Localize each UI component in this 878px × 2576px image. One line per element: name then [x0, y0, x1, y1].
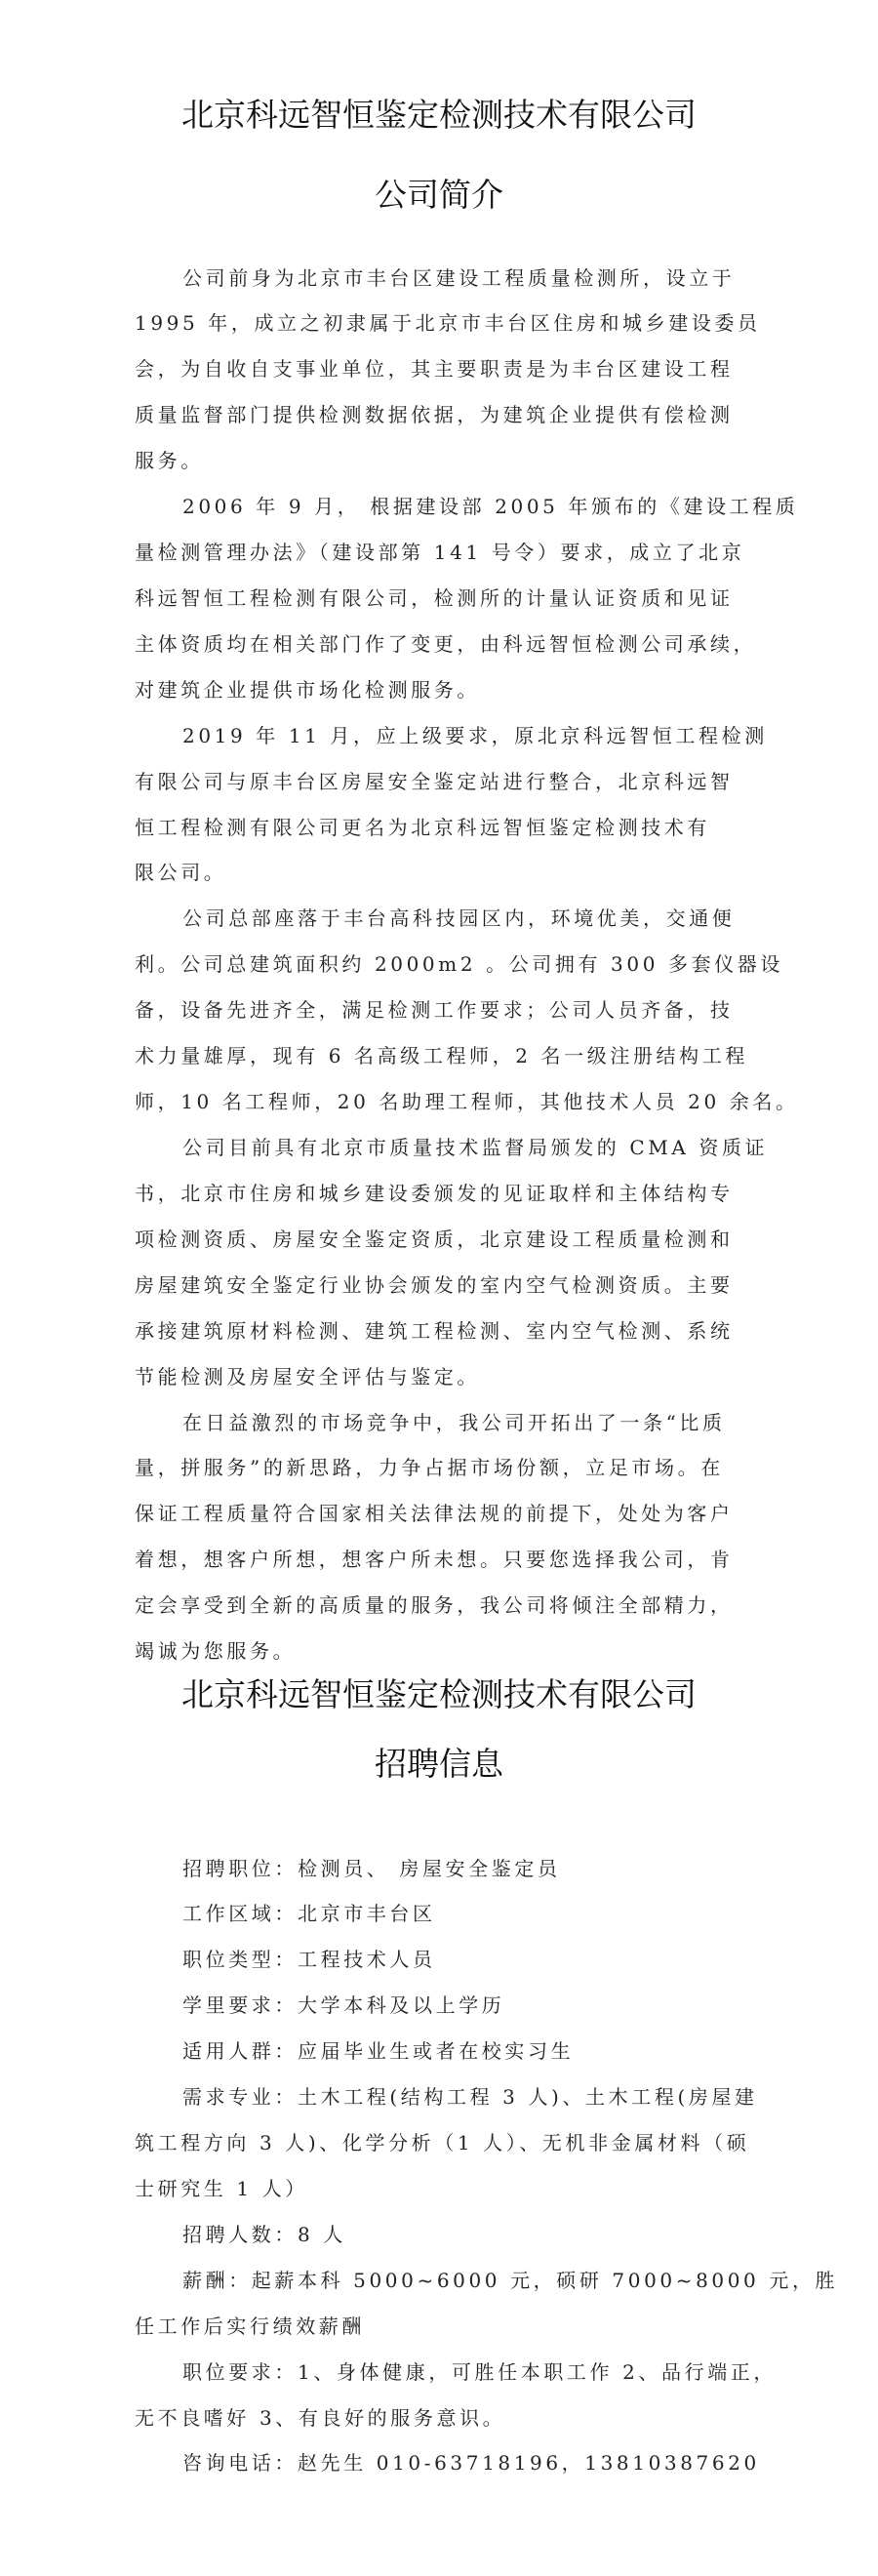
item-contact-phone: 咨询电话：赵先生 010-63718196，13810387620	[135, 2440, 759, 2486]
text-line: 对建筑企业提供市场化检测服务。	[135, 667, 759, 713]
paragraph-service: 在日益激烈的市场竞争中，我公司开拓出了一条“比质 量，拼服务”的新思路，力争占据…	[135, 1400, 759, 1675]
text-line: 主体资质均在相关部门作了变更，由科远智恒检测公司承续，	[135, 622, 759, 667]
text-line: 薪酬：起薪本科 5000~6000 元，硕研 7000~8000 元，胜	[135, 2258, 759, 2304]
item-salary: 薪酬：起薪本科 5000~6000 元，硕研 7000~8000 元，胜 任工作…	[135, 2258, 759, 2350]
text-line: 质量监督部门提供检测数据依据，为建筑企业提供有偿检测	[135, 392, 759, 438]
text-line: 职位要求：1、身体健康，可胜任本职工作 2、品行端正，	[135, 2350, 759, 2395]
paragraph-2019: 2019 年 11 月，应上级要求，原北京科远智恒工程检测 有限公司与原丰台区房…	[135, 713, 759, 897]
text-line: 利。公司总建筑面积约 2000m2 。公司拥有 300 多套仪器设	[135, 942, 759, 987]
text-line: 保证工程质量符合国家相关法律法规的前提下，处处为客户	[135, 1491, 759, 1537]
text-line: 2019 年 11 月，应上级要求，原北京科远智恒工程检测	[135, 713, 759, 759]
section-title-intro: 公司简介	[0, 176, 878, 215]
text-line: 科远智恒工程检测有限公司，检测所的计量认证资质和见证	[135, 576, 759, 622]
text-line: 量，拼服务”的新思路，力争占据市场份额，立足市场。在	[135, 1445, 759, 1491]
item-majors: 需求专业：土木工程(结构工程 3 人)、土木工程(房屋建 筑工程方向 3 人)、…	[135, 2074, 759, 2212]
text-line: 量检测管理办法》（建设部第 141 号令）要求，成立了北京	[135, 530, 759, 576]
text-line: 士研究生 1 人）	[135, 2166, 759, 2212]
text-line: 项检测资质、房屋安全鉴定资质，北京建设工程质量检测和	[135, 1217, 759, 1263]
text-line: 公司前身为北京市丰台区建设工程质量检测所，设立于	[135, 256, 759, 302]
text-line: 服务。	[135, 438, 759, 484]
text-line: 2006 年 9 月， 根据建设部 2005 年颁布的《建设工程质	[135, 484, 759, 530]
item-target-group: 适用人群：应届毕业生或者在校实习生	[135, 2029, 759, 2074]
item-position: 招聘职位：检测员、 房屋安全鉴定员	[135, 1846, 759, 1892]
text-line: 筑工程方向 3 人)、化学分析（1 人）、无机非金属材料（硕	[135, 2120, 759, 2166]
item-work-area: 工作区域：北京市丰台区	[135, 1891, 759, 1937]
company-title: 北京科远智恒鉴定检测技术有限公司	[0, 96, 878, 135]
text-line: 术力量雄厚，现有 6 名高级工程师，2 名一级注册结构工程	[135, 1033, 759, 1079]
text-line: 限公司。	[135, 850, 759, 896]
company-title-recruitment: 北京科远智恒鉴定检测技术有限公司	[0, 1675, 878, 1714]
text-line: 有限公司与原丰台区房屋安全鉴定站进行整合，北京科远智	[135, 759, 759, 805]
text-line: 承接建筑原材料检测、建筑工程检测、室内空气检测、系统	[135, 1308, 759, 1354]
text-line: 着想，想客户所想，想客户所未想。只要您选择我公司，肯	[135, 1537, 759, 1583]
text-line: 恒工程检测有限公司更名为北京科远智恒鉴定检测技术有	[135, 805, 759, 851]
text-line: 竭诚为您服务。	[135, 1629, 759, 1674]
item-headcount: 招聘人数：8 人	[135, 2212, 759, 2258]
text-line: 师，10 名工程师，20 名助理工程师，其他技术人员 20 余名。	[135, 1079, 759, 1125]
text-line: 定会享受到全新的高质量的服务，我公司将倾注全部精力，	[135, 1583, 759, 1629]
recruitment-body: 招聘职位：检测员、 房屋安全鉴定员 工作区域：北京市丰台区 职位类型：工程技术人…	[135, 1846, 759, 2487]
text-line: 任工作后实行绩效薪酬	[135, 2304, 759, 2350]
text-line: 备，设备先进齐全，满足检测工作要求；公司人员齐备，技	[135, 987, 759, 1033]
paragraph-qualifications: 公司目前具有北京市质量技术监督局颁发的 CMA 资质证 书，北京市住房和城乡建设…	[135, 1125, 759, 1400]
text-line: 需求专业：土木工程(结构工程 3 人)、土木工程(房屋建	[135, 2074, 759, 2120]
text-line: 公司总部座落于丰台高科技园区内，环境优美，交通便	[135, 896, 759, 942]
item-job-type: 职位类型：工程技术人员	[135, 1937, 759, 1983]
item-requirements: 职位要求：1、身体健康，可胜任本职工作 2、品行端正， 无不良嗜好 3、有良好的…	[135, 2350, 759, 2441]
text-line: 房屋建筑安全鉴定行业协会颁发的室内空气检测资质。主要	[135, 1263, 759, 1308]
paragraph-history: 公司前身为北京市丰台区建设工程质量检测所，设立于 1995 年，成立之初隶属于北…	[135, 256, 759, 485]
intro-body: 公司前身为北京市丰台区建设工程质量检测所，设立于 1995 年，成立之初隶属于北…	[135, 256, 759, 1675]
text-line: 1995 年，成立之初隶属于北京市丰台区住房和城乡建设委员	[135, 301, 759, 346]
item-education: 学里要求：大学本科及以上学历	[135, 1983, 759, 2029]
section-title-recruitment: 招聘信息	[0, 1745, 878, 1784]
text-line: 在日益激烈的市场竞争中，我公司开拓出了一条“比质	[135, 1400, 759, 1446]
paragraph-headquarters: 公司总部座落于丰台高科技园区内，环境优美，交通便 利。公司总建筑面积约 2000…	[135, 896, 759, 1125]
paragraph-2006: 2006 年 9 月， 根据建设部 2005 年颁布的《建设工程质 量检测管理办…	[135, 484, 759, 713]
text-line: 会，为自收自支事业单位，其主要职责是为丰台区建设工程	[135, 346, 759, 392]
text-line: 书，北京市住房和城乡建设委颁发的见证取样和主体结构专	[135, 1171, 759, 1217]
text-line: 节能检测及房屋安全评估与鉴定。	[135, 1354, 759, 1400]
text-line: 公司目前具有北京市质量技术监督局颁发的 CMA 资质证	[135, 1125, 759, 1171]
text-line: 无不良嗜好 3、有良好的服务意识。	[135, 2395, 759, 2441]
